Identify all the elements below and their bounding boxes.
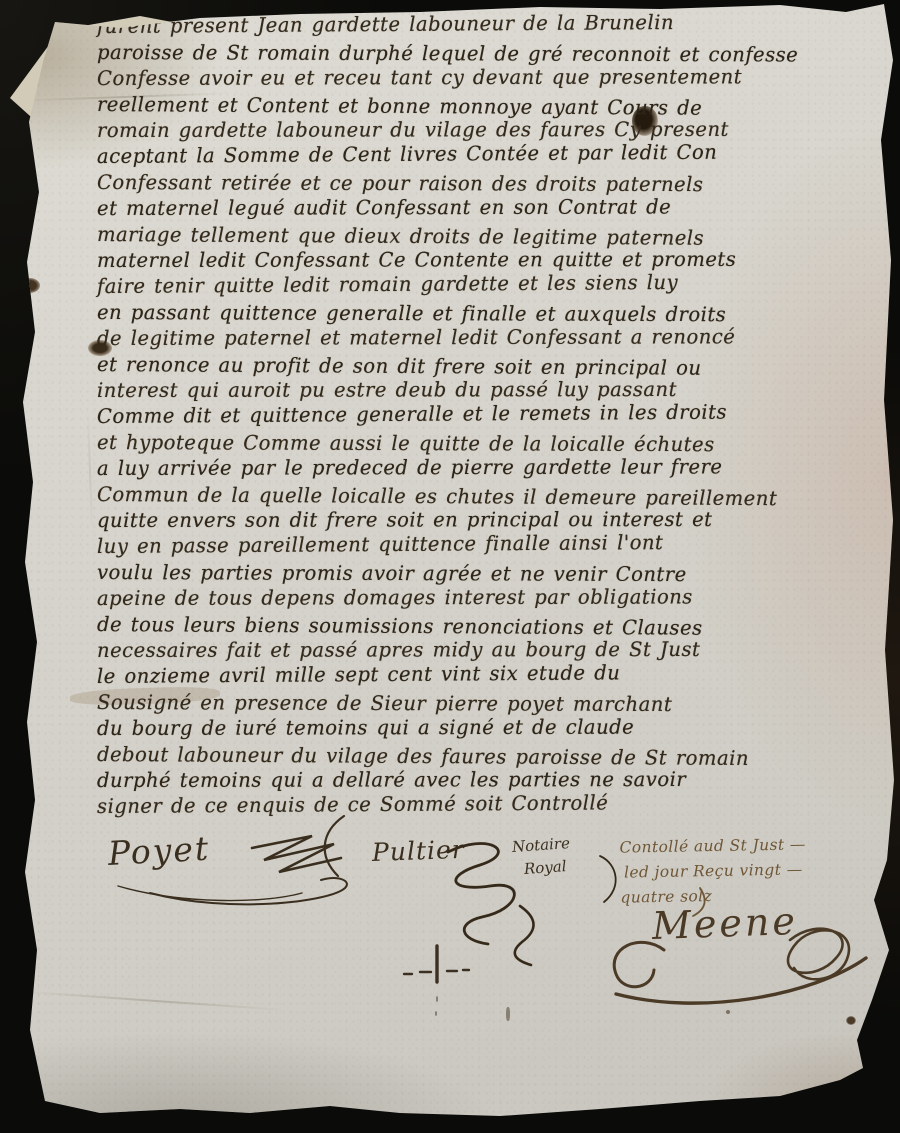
manuscript-line: signer de ce enquis de ce Sommé soit Con… bbox=[97, 788, 855, 819]
bracket-stroke bbox=[325, 816, 344, 876]
manuscript-page: furent present Jean gardette labouneur d… bbox=[0, 0, 900, 1133]
ink-fleck bbox=[506, 1007, 510, 1021]
manuscript-line: aceptant la Somme de Cent livres Contée … bbox=[97, 138, 855, 169]
manuscript-line: du bourg de iuré temoins qui a signé et … bbox=[97, 713, 855, 741]
manuscript-line: luy en passe pareillement quittence fina… bbox=[97, 528, 855, 559]
manuscript-text: furent present Jean gardette labouneur d… bbox=[97, 13, 872, 819]
manuscript-line: Confesse avoir eu et receu tant cy devan… bbox=[97, 63, 855, 91]
manuscript-line: et maternel legué audit Confessant en so… bbox=[97, 193, 855, 221]
manuscript-line: le onzieme avril mille sept cent vint si… bbox=[97, 658, 855, 689]
signature-poyet: Poyet bbox=[107, 829, 211, 873]
ink-fleck bbox=[726, 1010, 730, 1014]
manuscript-line: a luy arrivée par le predeced de pierre … bbox=[97, 453, 855, 481]
manuscript-line: furent present Jean gardette labouneur d… bbox=[97, 8, 855, 39]
paper-crease bbox=[26, 991, 286, 1011]
ink-blot bbox=[20, 278, 40, 293]
signature-controller: Meene bbox=[651, 899, 798, 948]
manuscript-line: faire tenir quitte ledit romain gardette… bbox=[97, 268, 855, 299]
manuscript-line: apeine de tous depens domages interest p… bbox=[97, 583, 855, 611]
notary-title-line1: Notaire bbox=[511, 834, 570, 856]
signature-notary: Pultier bbox=[371, 835, 465, 867]
cross-mark bbox=[404, 946, 469, 1015]
stain-edge bbox=[862, 1085, 884, 1115]
control-annotation-line: led jour Reçu vingt — bbox=[620, 857, 807, 885]
paper-crease bbox=[87, 411, 93, 531]
manuscript-line: Comme dit et quittence generalle et le r… bbox=[97, 398, 855, 429]
photo-background: furent present Jean gardette labouneur d… bbox=[0, 0, 900, 1133]
manuscript-line: de legitime paternel et maternel ledit C… bbox=[97, 323, 855, 351]
notary-title-line2: Royal bbox=[523, 857, 567, 878]
control-annotation-line: Contollé aud St Just — bbox=[619, 832, 806, 860]
stain-edge bbox=[846, 1016, 856, 1025]
